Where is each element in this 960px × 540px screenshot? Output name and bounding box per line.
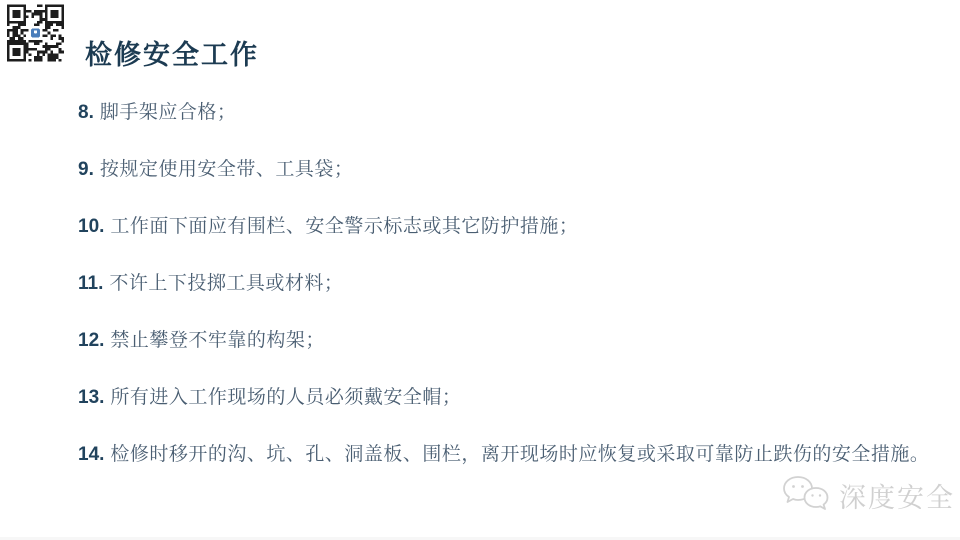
list-item: 8.脚手架应合格；: [78, 100, 938, 157]
list-item: 9.按规定使用安全带、工具袋；: [78, 157, 938, 214]
list-item-number: 12.: [78, 328, 104, 353]
list-item-number: 10.: [78, 214, 104, 239]
wechat-logo-icon: [780, 474, 834, 516]
safety-rules-list: 8.脚手架应合格；9.按规定使用安全带、工具袋；10.工作面下面应有围栏、安全警…: [78, 100, 938, 499]
list-item-text: 所有进入工作现场的人员必须戴安全帽；: [110, 385, 461, 410]
list-item-text: 脚手架应合格；: [100, 100, 237, 125]
watermark: 深度安全: [780, 474, 955, 516]
list-item-text: 禁止攀登不牢靠的构架；: [110, 328, 325, 353]
list-item-number: 14.: [78, 442, 104, 467]
list-item: 10.工作面下面应有围栏、安全警示标志或其它防护措施；: [78, 214, 938, 271]
list-item: 12.禁止攀登不牢靠的构架；: [78, 328, 938, 385]
list-item-text: 不许上下投掷工具或材料；: [109, 271, 343, 296]
list-item-number: 13.: [78, 385, 104, 410]
list-item: 13.所有进入工作现场的人员必须戴安全帽；: [78, 385, 938, 442]
presentation-slide: 检修安全工作 8.脚手架应合格；9.按规定使用安全带、工具袋；10.工作面下面应…: [0, 0, 960, 540]
watermark-label: 深度安全: [839, 476, 955, 515]
list-item-number: 9.: [78, 157, 94, 182]
page-title: 检修安全工作: [85, 33, 259, 72]
list-item-number: 8.: [78, 100, 94, 125]
list-item: 11.不许上下投掷工具或材料；: [78, 271, 938, 328]
list-item-number: 11.: [78, 271, 103, 296]
list-item-text: 按规定使用安全带、工具袋；: [100, 157, 354, 182]
list-item-text: 检修时移开的沟、坑、孔、洞盖板、围栏，离开现场时应恢复或采取可靠防止跌伤的安全措…: [110, 442, 929, 467]
list-item-text: 工作面下面应有围栏、安全警示标志或其它防护措施；: [110, 214, 578, 239]
qr-code: [7, 4, 64, 62]
